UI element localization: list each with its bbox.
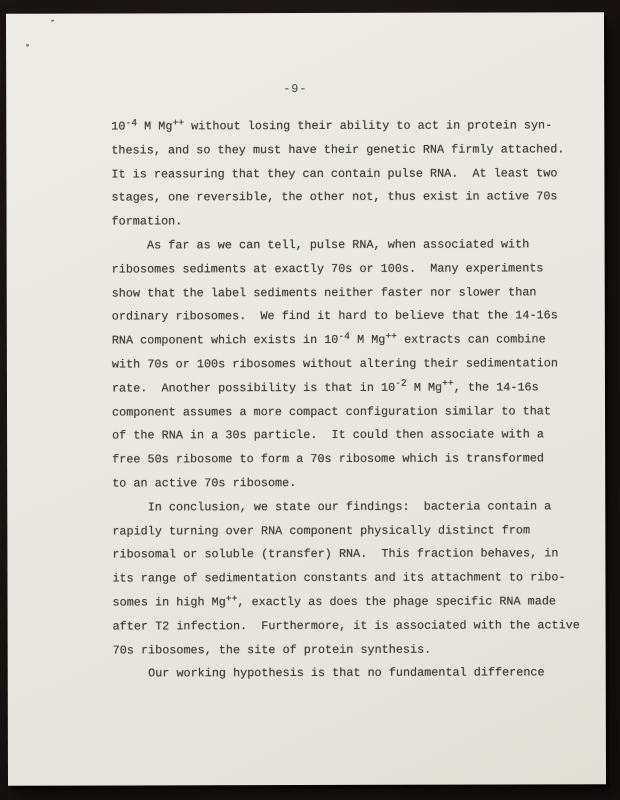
typed-line: Our working hypothesis is that no fundam… [113, 662, 606, 687]
typed-line: free 50s ribosome to form a 70s ribosome… [112, 447, 605, 472]
typed-line: show that the label sediments neither fa… [112, 281, 605, 306]
typed-line: ribosomes sediments at exactly 70s or 10… [112, 257, 605, 282]
typed-line: rate. Another possibility is that in 10-… [112, 376, 605, 401]
photo-background: -9- 10-4 M Mg++ without losing their abi… [0, 0, 620, 800]
typed-line: 70s ribosomes, the site of protein synth… [113, 638, 606, 663]
paper-speck [26, 44, 29, 47]
typed-line: stages, one reversible, the other not, t… [111, 186, 604, 211]
typed-line: after T2 infection. Furthermore, it is a… [113, 614, 606, 639]
typed-line: In conclusion, we state our findings: ba… [112, 495, 605, 520]
typed-line: ordinary ribosomes. We find it hard to b… [112, 305, 605, 330]
paper-speck [51, 20, 54, 22]
typed-line: ribosomal or soluble (transfer) RNA. Thi… [112, 543, 605, 568]
typed-line: It is reassuring that they can contain p… [111, 162, 604, 187]
typed-line: thesis, and so they must have their gene… [111, 138, 604, 163]
typed-line: component assumes a more compact configu… [112, 400, 605, 425]
typed-line: of the RNA in a 30s particle. It could t… [112, 424, 605, 449]
typed-line: formation. [112, 209, 605, 234]
typed-line: to an active 70s ribosome. [112, 471, 605, 496]
typed-text-block: 10-4 M Mg++ without losing their ability… [111, 114, 605, 686]
typed-line: its range of sedimentation constants and… [112, 566, 605, 591]
document-page: -9- 10-4 M Mg++ without losing their abi… [6, 12, 606, 786]
typed-line: somes in high Mg++, exactly as does the … [113, 590, 606, 615]
typed-line: with 70s or 100s ribosomes without alter… [112, 352, 605, 377]
typed-line: rapidly turning over RNA component physi… [112, 519, 605, 544]
page-number: -9- [283, 76, 604, 101]
typed-line: As far as we can tell, pulse RNA, when a… [112, 233, 605, 258]
typed-line: 10-4 M Mg++ without losing their ability… [111, 114, 604, 139]
typed-line: RNA component which exists in 10-4 M Mg+… [112, 328, 605, 353]
